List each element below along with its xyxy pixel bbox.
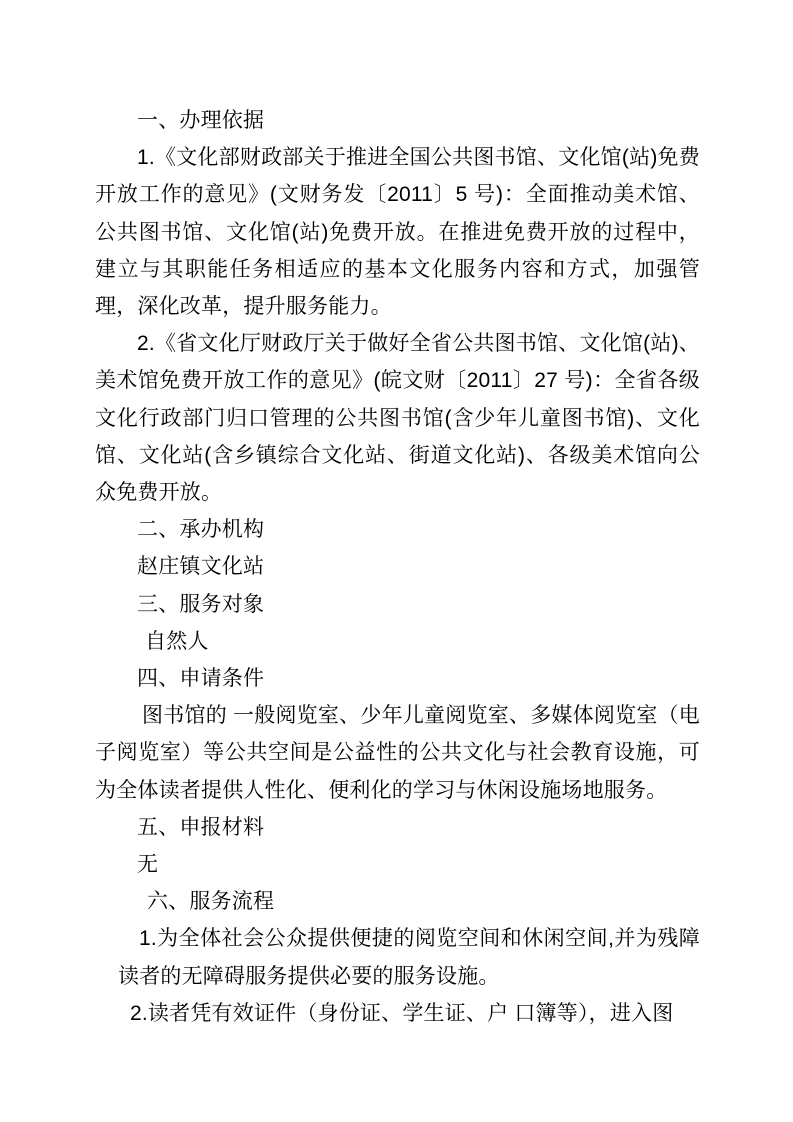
paragraph-handling-agency: 赵庄镇文化站 (95, 548, 700, 585)
section-heading-4: 四、申请条件 (95, 660, 700, 697)
section-heading-2: 二、承办机构 (95, 511, 700, 548)
section-heading-5: 五、申报材料 (95, 809, 700, 846)
paragraph-service-target: 自然人 (95, 623, 700, 660)
paragraph-process-step-2: 2.读者凭有效证件（身份证、学生证、户 口簿等），进入图 (95, 995, 700, 1032)
paragraph-materials-none: 无 (95, 846, 700, 883)
paragraph-basis-item-1: 1.《文化部财政部关于推进全国公共图书馆、文化馆(站)免费开放工作的意见》(文财… (95, 139, 700, 325)
paragraph-process-step-1: 1.为全体社会公众提供便捷的阅览空间和休闲空间,并为残障读者的无障碍服务提供必要… (118, 920, 700, 994)
section-heading-3: 三、服务对象 (95, 586, 700, 623)
paragraph-basis-item-2: 2.《省文化厅财政厅关于做好全省公共图书馆、文化馆(站)、美术馆免费开放工作的意… (95, 325, 700, 511)
section-heading-6: 六、服务流程 (95, 883, 700, 920)
paragraph-apply-conditions: 图书馆的 一般阅览室、少年儿童阅览室、多媒体阅览室（电子阅览室）等公共空间是公益… (95, 697, 700, 809)
section-heading-1: 一、办理依据 (95, 102, 700, 139)
document-page: 一、办理依据 1.《文化部财政部关于推进全国公共图书馆、文化馆(站)免费开放工作… (0, 0, 793, 1122)
